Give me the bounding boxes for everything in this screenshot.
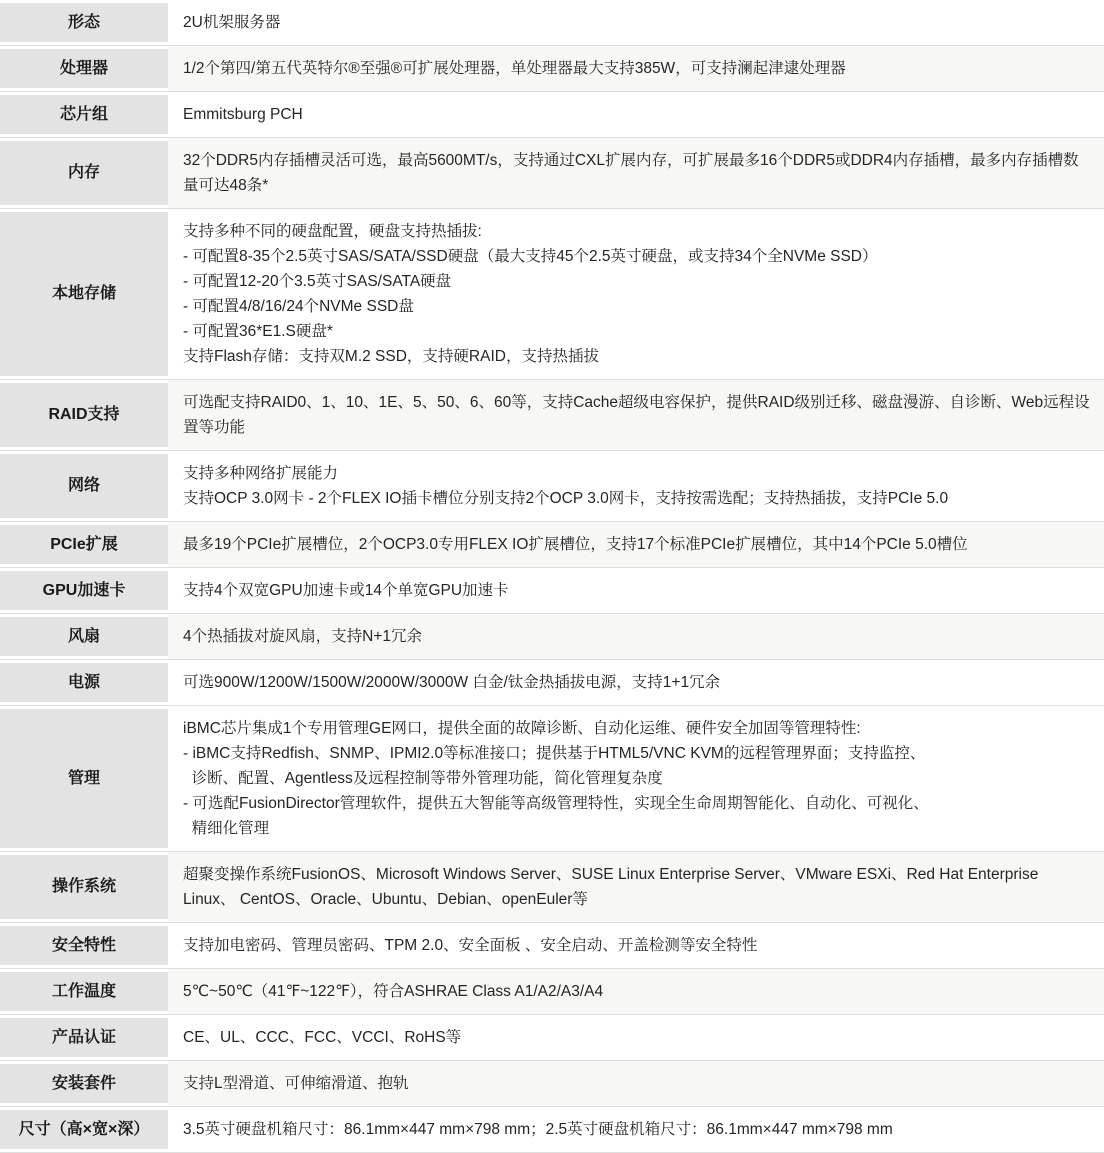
spec-value: CE、UL、CCC、FCC、VCCI、RoHS等: [168, 1015, 1104, 1060]
spec-value: 最多19个PCIe扩展槽位，2个OCP3.0专用FLEX IO扩展槽位，支持17…: [168, 522, 1104, 567]
spec-row: 产品认证CE、UL、CCC、FCC、VCCI、RoHS等: [0, 1014, 1104, 1060]
spec-value-line: - 可配置4/8/16/24个NVMe SSD盘: [183, 294, 1090, 319]
spec-value-line: 精细化管理: [183, 816, 1090, 841]
spec-value: 5℃~50℃（41℉~122℉），符合ASHRAE Class A1/A2/A3…: [168, 969, 1104, 1014]
spec-label: 管理: [0, 709, 168, 848]
spec-value-line: 支持OCP 3.0网卡 - 2个FLEX IO插卡槽位分别支持2个OCP 3.0…: [183, 486, 1090, 511]
spec-row: 安全特性支持加电密码、管理员密码、TPM 2.0、安全面板 、安全启动、开盖检测…: [0, 922, 1104, 968]
spec-value: 1/2个第四/第五代英特尔®至强®可扩展处理器，单处理器最大支持385W，可支持…: [168, 46, 1104, 91]
spec-value-line: 支持多种网络扩展能力: [183, 461, 1090, 486]
spec-value-line: 1/2个第四/第五代英特尔®至强®可扩展处理器，单处理器最大支持385W，可支持…: [183, 56, 1090, 81]
spec-value-line: Emmitsburg PCH: [183, 102, 1090, 127]
spec-value-line: - 可配置8-35个2.5英寸SAS/SATA/SSD硬盘（最大支持45个2.5…: [183, 244, 1090, 269]
spec-value: 支持多种网络扩展能力支持OCP 3.0网卡 - 2个FLEX IO插卡槽位分别支…: [168, 451, 1104, 521]
spec-label: 尺寸（高×宽×深）: [0, 1110, 168, 1149]
spec-value-line: 支持多种不同的硬盘配置，硬盘支持热插拔:: [183, 219, 1090, 244]
spec-value: 2U机架服务器: [168, 0, 1104, 45]
spec-row: 芯片组Emmitsburg PCH: [0, 91, 1104, 137]
spec-label: RAID支持: [0, 383, 168, 447]
spec-value-line: 最多19个PCIe扩展槽位，2个OCP3.0专用FLEX IO扩展槽位，支持17…: [183, 532, 1090, 557]
spec-label: 处理器: [0, 49, 168, 88]
spec-value-line: 3.5英寸硬盘机箱尺寸：86.1mm×447 mm×798 mm；2.5英寸硬盘…: [183, 1117, 1090, 1142]
spec-label: 风扇: [0, 617, 168, 656]
spec-label: 内存: [0, 141, 168, 205]
spec-row: 安装套件支持L型滑道、可伸缩滑道、抱轨: [0, 1060, 1104, 1106]
spec-row: 本地存储支持多种不同的硬盘配置，硬盘支持热插拔:- 可配置8-35个2.5英寸S…: [0, 208, 1104, 379]
spec-value-line: CE、UL、CCC、FCC、VCCI、RoHS等: [183, 1025, 1090, 1050]
spec-value-line: 2U机架服务器: [183, 10, 1090, 35]
spec-row: 管理iBMC芯片集成1个专用管理GE网口，提供全面的故障诊断、自动化运维、硬件安…: [0, 705, 1104, 851]
spec-value: 支持多种不同的硬盘配置，硬盘支持热插拔:- 可配置8-35个2.5英寸SAS/S…: [168, 209, 1104, 379]
spec-label: 形态: [0, 3, 168, 42]
spec-value-line: 支持4个双宽GPU加速卡或14个单宽GPU加速卡: [183, 578, 1090, 603]
spec-value-line: 支持L型滑道、可伸缩滑道、抱轨: [183, 1071, 1090, 1096]
spec-row: 操作系统超聚变操作系统FusionOS、Microsoft Windows Se…: [0, 851, 1104, 922]
spec-value-line: 5℃~50℃（41℉~122℉），符合ASHRAE Class A1/A2/A3…: [183, 979, 1090, 1004]
spec-value: 支持L型滑道、可伸缩滑道、抱轨: [168, 1061, 1104, 1106]
spec-value: 支持加电密码、管理员密码、TPM 2.0、安全面板 、安全启动、开盖检测等安全特…: [168, 923, 1104, 968]
spec-value-line: 支持Flash存储：支持双M.2 SSD，支持硬RAID，支持热插拔: [183, 344, 1090, 369]
spec-value-line: 可选900W/1200W/1500W/2000W/3000W 白金/钛金热插拔电…: [183, 670, 1090, 695]
spec-value: 超聚变操作系统FusionOS、Microsoft Windows Server…: [168, 852, 1104, 922]
spec-value-line: 可选配支持RAID0、1、10、1E、5、50、6、60等，支持Cache超级电…: [183, 390, 1090, 440]
spec-value: 支持4个双宽GPU加速卡或14个单宽GPU加速卡: [168, 568, 1104, 613]
spec-value-line: - 可配置36*E1.S硬盘*: [183, 319, 1090, 344]
spec-label: 芯片组: [0, 95, 168, 134]
spec-row: 风扇4个热插拔对旋风扇，支持N+1冗余: [0, 613, 1104, 659]
spec-row: 尺寸（高×宽×深）3.5英寸硬盘机箱尺寸：86.1mm×447 mm×798 m…: [0, 1106, 1104, 1152]
spec-label: 网络: [0, 454, 168, 518]
spec-value-line: 4个热插拔对旋风扇，支持N+1冗余: [183, 624, 1090, 649]
spec-value: 可选配支持RAID0、1、10、1E、5、50、6、60等，支持Cache超级电…: [168, 380, 1104, 450]
spec-row: 形态2U机架服务器: [0, 0, 1104, 45]
spec-row: 网络支持多种网络扩展能力支持OCP 3.0网卡 - 2个FLEX IO插卡槽位分…: [0, 450, 1104, 521]
spec-value: 3.5英寸硬盘机箱尺寸：86.1mm×447 mm×798 mm；2.5英寸硬盘…: [168, 1107, 1104, 1152]
spec-row: 工作温度5℃~50℃（41℉~122℉），符合ASHRAE Class A1/A…: [0, 968, 1104, 1014]
spec-row: RAID支持可选配支持RAID0、1、10、1E、5、50、6、60等，支持Ca…: [0, 379, 1104, 450]
spec-value: 可选900W/1200W/1500W/2000W/3000W 白金/钛金热插拔电…: [168, 660, 1104, 705]
spec-value-line: - 可配置12-20个3.5英寸SAS/SATA硬盘: [183, 269, 1090, 294]
spec-value-line: 超聚变操作系统FusionOS、Microsoft Windows Server…: [183, 862, 1090, 912]
spec-value-line: 支持加电密码、管理员密码、TPM 2.0、安全面板 、安全启动、开盖检测等安全特…: [183, 933, 1090, 958]
spec-label: 电源: [0, 663, 168, 702]
server-spec-table: 形态2U机架服务器处理器1/2个第四/第五代英特尔®至强®可扩展处理器，单处理器…: [0, 0, 1104, 1153]
spec-label: GPU加速卡: [0, 571, 168, 610]
spec-label: 工作温度: [0, 972, 168, 1011]
spec-value: Emmitsburg PCH: [168, 92, 1104, 137]
spec-value: 32个DDR5内存插槽灵活可选，最高5600MT/s，支持通过CXL扩展内存，可…: [168, 138, 1104, 208]
spec-value: iBMC芯片集成1个专用管理GE网口，提供全面的故障诊断、自动化运维、硬件安全加…: [168, 706, 1104, 851]
spec-value-line: - iBMC支持Redfish、SNMP、IPMI2.0等标准接口；提供基于HT…: [183, 741, 1090, 766]
spec-row: 内存32个DDR5内存插槽灵活可选，最高5600MT/s，支持通过CXL扩展内存…: [0, 137, 1104, 208]
spec-row: 电源可选900W/1200W/1500W/2000W/3000W 白金/钛金热插…: [0, 659, 1104, 705]
spec-row: GPU加速卡支持4个双宽GPU加速卡或14个单宽GPU加速卡: [0, 567, 1104, 613]
spec-value-line: 32个DDR5内存插槽灵活可选，最高5600MT/s，支持通过CXL扩展内存，可…: [183, 148, 1090, 198]
spec-label: 安装套件: [0, 1064, 168, 1103]
spec-label: 操作系统: [0, 855, 168, 919]
spec-label: PCIe扩展: [0, 525, 168, 564]
spec-value-line: iBMC芯片集成1个专用管理GE网口，提供全面的故障诊断、自动化运维、硬件安全加…: [183, 716, 1090, 741]
spec-value: 4个热插拔对旋风扇，支持N+1冗余: [168, 614, 1104, 659]
spec-row: PCIe扩展最多19个PCIe扩展槽位，2个OCP3.0专用FLEX IO扩展槽…: [0, 521, 1104, 567]
spec-label: 本地存储: [0, 212, 168, 376]
spec-value-line: - 可选配FusionDirector管理软件，提供五大智能等高级管理特性，实现…: [183, 791, 1090, 816]
spec-row: 处理器1/2个第四/第五代英特尔®至强®可扩展处理器，单处理器最大支持385W，…: [0, 45, 1104, 91]
spec-value-line: 诊断、配置、Agentless及远程控制等带外管理功能，简化管理复杂度: [183, 766, 1090, 791]
spec-label: 产品认证: [0, 1018, 168, 1057]
spec-label: 安全特性: [0, 926, 168, 965]
